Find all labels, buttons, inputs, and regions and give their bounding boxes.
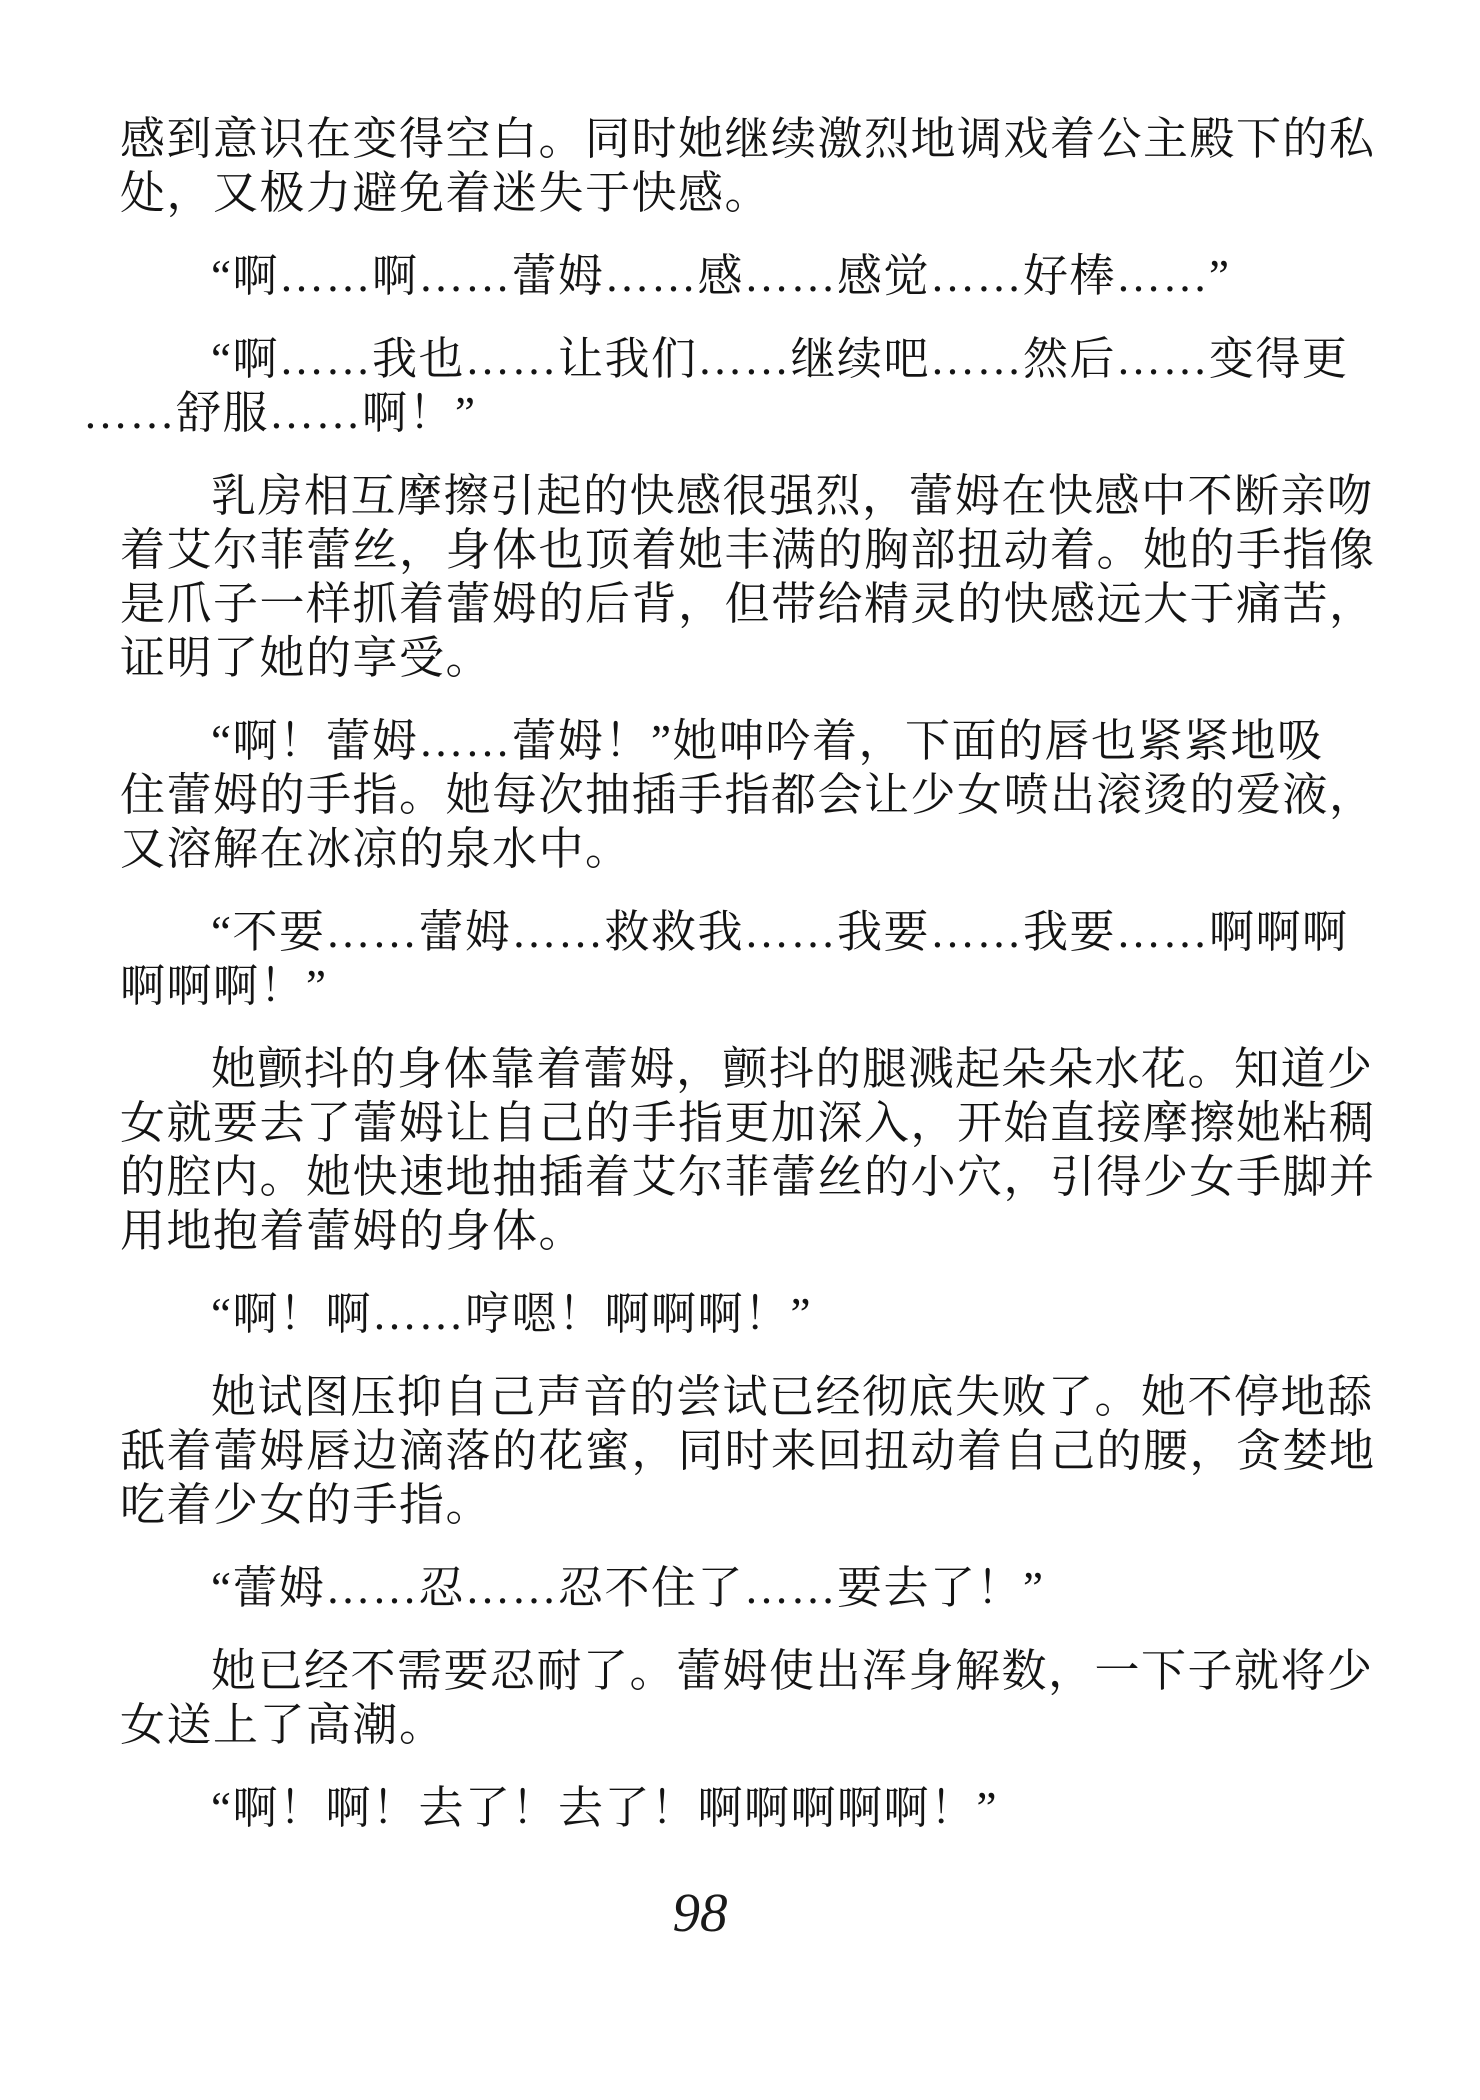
text-line: 感到意识在变得空白。同时她继续激烈地调戏着公主殿下的私 xyxy=(120,112,1405,166)
text-line: “啊！蕾姆……蕾姆！”她呻吟着，下面的唇也紧紧地吸 xyxy=(120,714,1405,768)
text-line: “啊……啊……蕾姆……感……感觉……好棒……” xyxy=(120,249,1405,303)
text-line: 处，又极力避免着迷失于快感。 xyxy=(120,166,1405,220)
paragraph: “啊……啊……蕾姆……感……感觉……好棒……” xyxy=(120,249,1405,303)
text-line: 舐着蕾姆唇边滴落的花蜜，同时来回扭动着自己的腰，贪婪地 xyxy=(120,1424,1405,1478)
paragraph: “啊！蕾姆……蕾姆！”她呻吟着，下面的唇也紧紧地吸住蕾姆的手指。她每次抽插手指都… xyxy=(120,714,1405,876)
paragraph: 她试图压抑自己声音的尝试已经彻底失败了。她不停地舔舐着蕾姆唇边滴落的花蜜，同时来… xyxy=(120,1370,1405,1532)
text-line: 着艾尔菲蕾丝，身体也顶着她丰满的胸部扭动着。她的手指像 xyxy=(120,523,1405,577)
text-line: “啊！啊……哼嗯！啊啊啊！” xyxy=(120,1287,1405,1341)
text-line: 的腔内。她快速地抽插着艾尔菲蕾丝的小穴，引得少女手脚并 xyxy=(120,1150,1405,1204)
text-line: 住蕾姆的手指。她每次抽插手指都会让少女喷出滚烫的爱液， xyxy=(120,768,1405,822)
text-line: 女送上了高潮。 xyxy=(120,1698,1405,1752)
text-line: 吃着少女的手指。 xyxy=(120,1478,1405,1532)
paragraph: “蕾姆……忍……忍不住了……要去了！” xyxy=(120,1561,1405,1615)
text-line: 她试图压抑自己声音的尝试已经彻底失败了。她不停地舔 xyxy=(120,1370,1405,1424)
paragraph: “啊！啊！去了！去了！啊啊啊啊啊！” xyxy=(120,1781,1405,1835)
text-line: 是爪子一样抓着蕾姆的后背，但带给精灵的快感远大于痛苦， xyxy=(120,577,1405,631)
text-line: 又溶解在冰凉的泉水中。 xyxy=(120,822,1405,876)
text-line: 她已经不需要忍耐了。蕾姆使出浑身解数，一下子就将少 xyxy=(120,1644,1405,1698)
text-line: “蕾姆……忍……忍不住了……要去了！” xyxy=(120,1561,1405,1615)
text-line: 乳房相互摩擦引起的快感很强烈，蕾姆在快感中不断亲吻 xyxy=(120,469,1405,523)
page-number: 98 xyxy=(120,1884,1280,1942)
text-line: ……舒服……啊！” xyxy=(83,386,1405,440)
paragraph: 她已经不需要忍耐了。蕾姆使出浑身解数，一下子就将少女送上了高潮。 xyxy=(120,1644,1405,1752)
text-line: “不要……蕾姆……救救我……我要……我要……啊啊啊 xyxy=(120,905,1405,959)
text-line: 证明了她的享受。 xyxy=(120,631,1405,685)
paragraph: 乳房相互摩擦引起的快感很强烈，蕾姆在快感中不断亲吻着艾尔菲蕾丝，身体也顶着她丰满… xyxy=(120,469,1405,685)
text-line: 女就要去了蕾姆让自己的手指更加深入，开始直接摩擦她粘稠 xyxy=(120,1096,1405,1150)
paragraph: 她颤抖的身体靠着蕾姆，颤抖的腿溅起朵朵水花。知道少女就要去了蕾姆让自己的手指更加… xyxy=(120,1042,1405,1258)
text-line: “啊！啊！去了！去了！啊啊啊啊啊！” xyxy=(120,1781,1405,1835)
paragraph: 感到意识在变得空白。同时她继续激烈地调戏着公主殿下的私处，又极力避免着迷失于快感… xyxy=(120,112,1405,220)
paragraph: “不要……蕾姆……救救我……我要……我要……啊啊啊啊啊啊！” xyxy=(120,905,1405,1013)
book-page: 感到意识在变得空白。同时她继续激烈地调戏着公主殿下的私处，又极力避免着迷失于快感… xyxy=(0,0,1480,2100)
text-line: 啊啊啊！” xyxy=(120,959,1405,1013)
text-line: “啊……我也……让我们……继续吧……然后……变得更 xyxy=(120,332,1405,386)
text-line: 用地抱着蕾姆的身体。 xyxy=(120,1204,1405,1258)
paragraph: “啊……我也……让我们……继续吧……然后……变得更……舒服……啊！” xyxy=(120,332,1405,440)
paragraph: “啊！啊……哼嗯！啊啊啊！” xyxy=(120,1287,1405,1341)
text-line: 她颤抖的身体靠着蕾姆，颤抖的腿溅起朵朵水花。知道少 xyxy=(120,1042,1405,1096)
page-text-column: 感到意识在变得空白。同时她继续激烈地调戏着公主殿下的私处，又极力避免着迷失于快感… xyxy=(120,112,1405,1835)
